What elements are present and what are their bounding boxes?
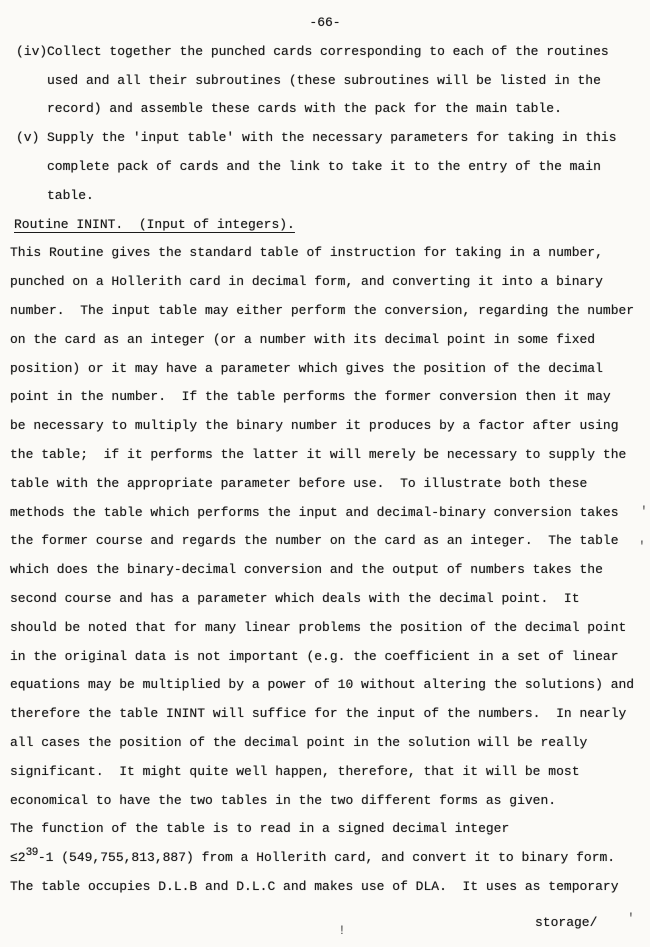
list-item-line: complete pack of cards and the link to t… bbox=[0, 153, 650, 182]
text-line: which does the binary-decimal conversion… bbox=[0, 556, 650, 585]
text-line: The table occupies D.L.B and D.L.C and m… bbox=[0, 873, 650, 902]
text-line: economical to have the two tables in the… bbox=[0, 787, 650, 816]
document-page: -66- (iv)Collect together the punched ca… bbox=[0, 0, 650, 947]
text-line: ≤239-1 (549,755,813,887) from a Hollerit… bbox=[0, 844, 650, 873]
page-number: -66- bbox=[0, 9, 650, 38]
text-line: should be noted that for many linear pro… bbox=[0, 614, 650, 643]
scan-artifact: ' bbox=[638, 533, 646, 562]
text-line: be necessary to multiply the binary numb… bbox=[0, 412, 650, 441]
text-line: all cases the position of the decimal po… bbox=[0, 729, 650, 758]
scan-artifact: ! bbox=[338, 917, 346, 946]
list-item-marker: (v) bbox=[16, 124, 39, 153]
list-item-marker: (iv) bbox=[16, 38, 47, 67]
text-line: The function of the table is to read in … bbox=[0, 815, 650, 844]
text-line: the table; if it performs the latter it … bbox=[0, 441, 650, 470]
scan-artifact: ' bbox=[640, 498, 648, 527]
text-line: in the original data is not important (e… bbox=[0, 643, 650, 672]
text-line: therefore the table ININT will suffice f… bbox=[0, 700, 650, 729]
text-line: second course and has a parameter which … bbox=[0, 585, 650, 614]
text-line: methods the table which performs the inp… bbox=[0, 499, 650, 528]
superscript-exponent: 39 bbox=[26, 847, 38, 859]
catchword: storage/ bbox=[535, 915, 597, 930]
list-item-line: (v)Supply the 'input table' with the nec… bbox=[0, 124, 650, 153]
section-heading: Routine ININT. (Input of integers). bbox=[0, 211, 650, 240]
text-line: equations may be multiplied by a power o… bbox=[0, 671, 650, 700]
list-item-line: used and all their subroutines (these su… bbox=[0, 67, 650, 96]
text-line: This Routine gives the standard table of… bbox=[0, 239, 650, 268]
section-heading-text: Routine ININT. (Input of integers). bbox=[14, 217, 295, 232]
list-item-line: table. bbox=[0, 182, 650, 211]
body-paragraph: This Routine gives the standard table of… bbox=[0, 239, 650, 901]
scan-artifact: ' bbox=[627, 905, 635, 934]
text-line: point in the number. If the table perfor… bbox=[0, 383, 650, 412]
text-line: punched on a Hollerith card in decimal f… bbox=[0, 268, 650, 297]
text-line: the former course and regards the number… bbox=[0, 527, 650, 556]
numbered-list: (iv)Collect together the punched cards c… bbox=[0, 38, 650, 211]
text-line: on the card as an integer (or a number w… bbox=[0, 326, 650, 355]
text-line: position) or it may have a parameter whi… bbox=[0, 355, 650, 384]
catchword-row: storage/ bbox=[0, 909, 650, 938]
text-line: significant. It might quite well happen,… bbox=[0, 758, 650, 787]
list-item-line: record) and assemble these cards with th… bbox=[0, 95, 650, 124]
text-line: number. The input table may either perfo… bbox=[0, 297, 650, 326]
list-item-line: (iv)Collect together the punched cards c… bbox=[0, 38, 650, 67]
text-line: table with the appropriate parameter bef… bbox=[0, 470, 650, 499]
